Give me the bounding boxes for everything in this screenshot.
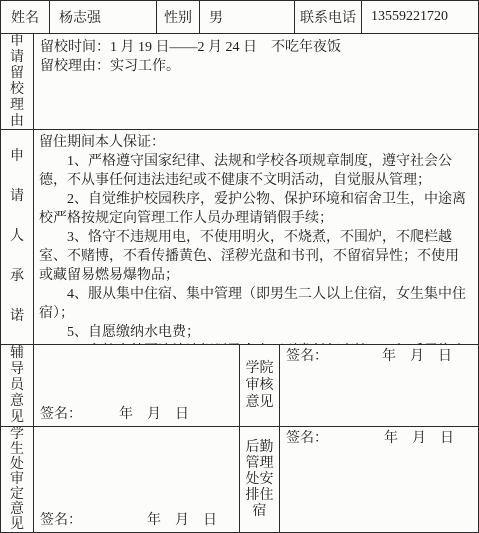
college-review-label: 学院 审核 意见 bbox=[239, 345, 279, 426]
promise-item-2: 2、自觉维护校园秩序，爱护公物、保护环境和宿舍卫生，中途离校严格按规定向管理工作… bbox=[39, 190, 472, 228]
student-office-label: 学 生 处 审 定 意 见 bbox=[1, 427, 33, 532]
reason-content: 留校时间：1 月 19 日——2 月 24 日 不吃年夜饭 留校理由：实习工作。 bbox=[33, 34, 478, 129]
gender-value: 男 bbox=[199, 1, 294, 33]
student-office-sign-line: 签名： 年 月 日 bbox=[34, 509, 239, 532]
promise-item-1: 1、严格遵守国家纪律、法规和学校各项规章制度，遵守社会公德，不从事任何违法违纪或… bbox=[39, 152, 472, 190]
stay-on-campus-application-form: 姓名 杨志强 性别 男 联系电话 13559221720 申 请 留 校 理 由… bbox=[0, 0, 479, 533]
stay-time-line: 留校时间：1 月 19 日——2 月 24 日 不吃年夜饭 bbox=[40, 38, 472, 57]
promise-item-6: 6、在校内外因违法违规以及个人而引发任何事情，一切后果均由本人承担。 bbox=[39, 342, 472, 344]
gender-label: 性别 bbox=[156, 1, 199, 33]
promise-row: 申 请 人 承 诺 留住期间本人保证： 1、严格遵守国家纪律、法规和学校各项规章… bbox=[1, 129, 478, 344]
promise-item-3: 3、恪守不违规用电，不使用明火，不烧煮，不围炉，不爬栏越室、不赌博，不看传播黄色… bbox=[39, 228, 472, 285]
student-office-date-label: 年 月 日 bbox=[147, 509, 217, 529]
promise-content: 留住期间本人保证： 1、严格遵守国家纪律、法规和学校各项规章制度，遵守社会公德，… bbox=[33, 130, 478, 344]
promise-section-label: 申 请 人 承 诺 bbox=[1, 130, 33, 344]
phone-value: 13559221720 bbox=[361, 1, 478, 33]
student-office-sign-label: 签名： bbox=[40, 509, 82, 529]
logistics-label: 后勤 管理 处安 排住 宿 bbox=[239, 427, 279, 532]
counselor-sign-label: 签名： bbox=[40, 403, 82, 423]
counselor-opinion-label: 辅 导 员 意 见 bbox=[1, 345, 33, 426]
counselor-date-label: 年 月 日 bbox=[119, 403, 189, 423]
basic-info-row: 姓名 杨志强 性别 男 联系电话 13559221720 bbox=[1, 1, 478, 33]
counselor-college-row: 辅 导 员 意 见 签名： 年 月 日 学院 审核 意见 签名： 年 月 日 bbox=[1, 344, 478, 426]
reason-section-label: 申 请 留 校 理 由 bbox=[1, 34, 33, 129]
office-logistics-row: 学 生 处 审 定 意 见 签名： 年 月 日 后勤 管理 处安 排住 宿 签名… bbox=[1, 426, 478, 532]
college-review-cell: 签名： 年 月 日 bbox=[279, 345, 478, 426]
college-sign-line: 签名： 年 月 日 bbox=[280, 345, 478, 426]
promise-item-4: 4、服从集中住宿、集中管理（即男生二人以上住宿，女生集中住宿）； bbox=[39, 285, 472, 323]
logistics-sign-label: 签名： bbox=[286, 427, 328, 529]
phone-label: 联系电话 bbox=[294, 1, 361, 33]
reason-row: 申 请 留 校 理 由 留校时间：1 月 19 日——2 月 24 日 不吃年夜… bbox=[1, 33, 478, 129]
promise-intro: 留住期间本人保证： bbox=[39, 133, 472, 152]
name-value: 杨志强 bbox=[49, 1, 156, 33]
promise-item-5: 5、自愿缴纳水电费； bbox=[39, 323, 472, 342]
name-label: 姓名 bbox=[1, 1, 49, 33]
stay-reason-line: 留校理由：实习工作。 bbox=[40, 57, 472, 76]
college-sign-label: 签名： bbox=[286, 345, 328, 423]
student-office-cell: 签名： 年 月 日 bbox=[33, 427, 239, 532]
logistics-date-label: 年 月 日 bbox=[384, 427, 454, 529]
counselor-opinion-cell: 签名： 年 月 日 bbox=[33, 345, 239, 426]
counselor-sign-line: 签名： 年 月 日 bbox=[34, 403, 239, 426]
logistics-cell: 签名： 年 月 日 bbox=[279, 427, 478, 532]
college-date-label: 年 月 日 bbox=[382, 345, 452, 423]
logistics-sign-line: 签名： 年 月 日 bbox=[280, 427, 478, 532]
